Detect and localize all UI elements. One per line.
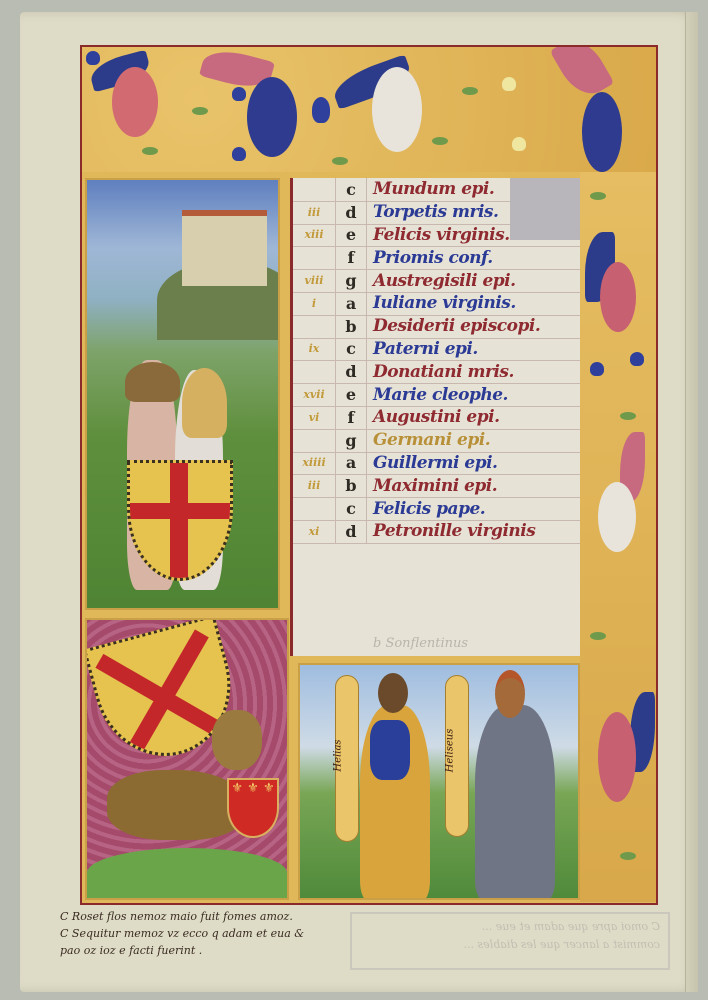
golden-number: xiiii (293, 452, 336, 475)
prophets-miniature: Helias Heliseus (298, 663, 580, 900)
scroll-label-left: Helias (333, 739, 344, 771)
golden-number: vi (293, 406, 336, 429)
right-border-angels (580, 172, 656, 902)
castle (182, 210, 267, 286)
dominical-letter: d (336, 520, 367, 543)
saint-name: Priomis conf. (367, 248, 493, 268)
dominical-letter: e (336, 383, 367, 406)
golden-number: i (293, 292, 336, 315)
ghost-line: commist a lancer que les diables ... (360, 936, 660, 954)
dominical-letter: f (336, 246, 367, 269)
dominical-letter: c (336, 497, 367, 520)
ghost-line: C omoi apre que adam et eue ... (360, 918, 660, 936)
calendar-row: d Donatiani mris. (293, 360, 580, 384)
dominical-letter: b (336, 315, 367, 338)
calendar-row: ix c Paterni epi. (293, 338, 580, 362)
lion-miniature: ⚜ ⚜ ⚜ (85, 618, 289, 900)
saint-name: Iuliane virginis. (367, 293, 516, 313)
saint-name: Felicis pape. (367, 499, 485, 519)
calendar-row: b Desiderii episcopi. (293, 315, 580, 339)
saint-name: Mundum epi. (367, 179, 494, 199)
blue-angel-right (582, 92, 622, 172)
calendar-row: viii g Austregisili epi. (293, 269, 580, 293)
saint-name: Germani epi. (367, 430, 490, 450)
footer-line: C Roset flos nemoz maio fuit fomes amoz. (60, 908, 390, 925)
saint-name: Guillermi epi. (367, 453, 497, 473)
saint-name: Petronille virginis (367, 521, 535, 541)
red-angel-right (600, 262, 636, 332)
golden-number (293, 429, 336, 452)
top-border-angels (82, 47, 656, 172)
page-edge (685, 12, 698, 992)
red-angel (112, 67, 158, 137)
footer-line: pao oz ioz e facti fuerint . (60, 942, 390, 959)
golden-number: xvii (293, 383, 336, 406)
show-through-box: C omoi apre que adam et eue ... commist … (350, 912, 670, 970)
scroll-label-right: Heliseus (444, 729, 455, 773)
golden-number (293, 246, 336, 269)
saint-name: Torpetis mris. (367, 202, 498, 222)
elisha-figure (475, 705, 555, 900)
saint-name: Felicis virginis. (367, 225, 510, 245)
calendar-row: xvii e Marie cleophe. (293, 383, 580, 407)
golden-number: iii (293, 201, 336, 224)
golden-number: xiii (293, 224, 336, 247)
dominical-letter: b (336, 474, 367, 497)
dominical-letter: g (336, 429, 367, 452)
dominical-letter: a (336, 292, 367, 315)
calendar-row: xi d Petronille virginis (293, 520, 580, 544)
show-through-text: b Sonflentinus (373, 636, 468, 651)
golden-number (293, 178, 336, 201)
calendar-table: c Mundum epi. iii d Torpetis mris. xiii … (290, 178, 580, 656)
white-angel-right (598, 482, 636, 552)
dominical-letter: d (336, 360, 367, 383)
saint-name: Desiderii episcopi. (367, 316, 540, 336)
dominical-letter: g (336, 269, 367, 292)
golden-number (293, 315, 336, 338)
calendar-row: iii b Maximini epi. (293, 474, 580, 498)
dominical-letter: f (336, 406, 367, 429)
pink-angel-right (598, 712, 636, 802)
adam-eve-miniature (85, 178, 280, 610)
golden-number: xi (293, 520, 336, 543)
gray-patch (510, 178, 580, 240)
golden-number (293, 497, 336, 520)
dominical-letter: e (336, 224, 367, 247)
footer-verse: C Roset flos nemoz maio fuit fomes amoz.… (60, 908, 390, 959)
lion-body (107, 770, 247, 840)
lion-head (212, 710, 262, 770)
calendar-row: g Germani epi. (293, 429, 580, 453)
calendar-row: i a Iuliane virginis. (293, 292, 580, 316)
dominical-letter: a (336, 452, 367, 475)
footer-line: C Sequitur memoz vz ecco q adam et eua & (60, 925, 390, 942)
saint-name: Maximini epi. (367, 476, 497, 496)
calendar-row: vi f Augustini epi. (293, 406, 580, 430)
saint-name: Marie cleophe. (367, 385, 508, 405)
calendar-row: xiiii a Guillermi epi. (293, 452, 580, 476)
blue-angel (247, 77, 297, 157)
golden-number: iii (293, 474, 336, 497)
golden-number (293, 360, 336, 383)
calendar-row: c Felicis pape. (293, 497, 580, 521)
dominical-letter: c (336, 178, 367, 201)
golden-number: viii (293, 269, 336, 292)
white-angel (372, 67, 422, 152)
dominical-letter: d (336, 201, 367, 224)
calendar-row: f Priomis conf. (293, 246, 580, 270)
golden-number: ix (293, 338, 336, 361)
saint-name: Donatiani mris. (367, 362, 514, 382)
fleur-de-lis-shield: ⚜ ⚜ ⚜ (227, 778, 279, 838)
dominical-letter: c (336, 338, 367, 361)
saint-name: Augustini epi. (367, 407, 500, 427)
saint-name: Paterni epi. (367, 339, 478, 359)
saint-name: Austregisili epi. (367, 271, 516, 291)
